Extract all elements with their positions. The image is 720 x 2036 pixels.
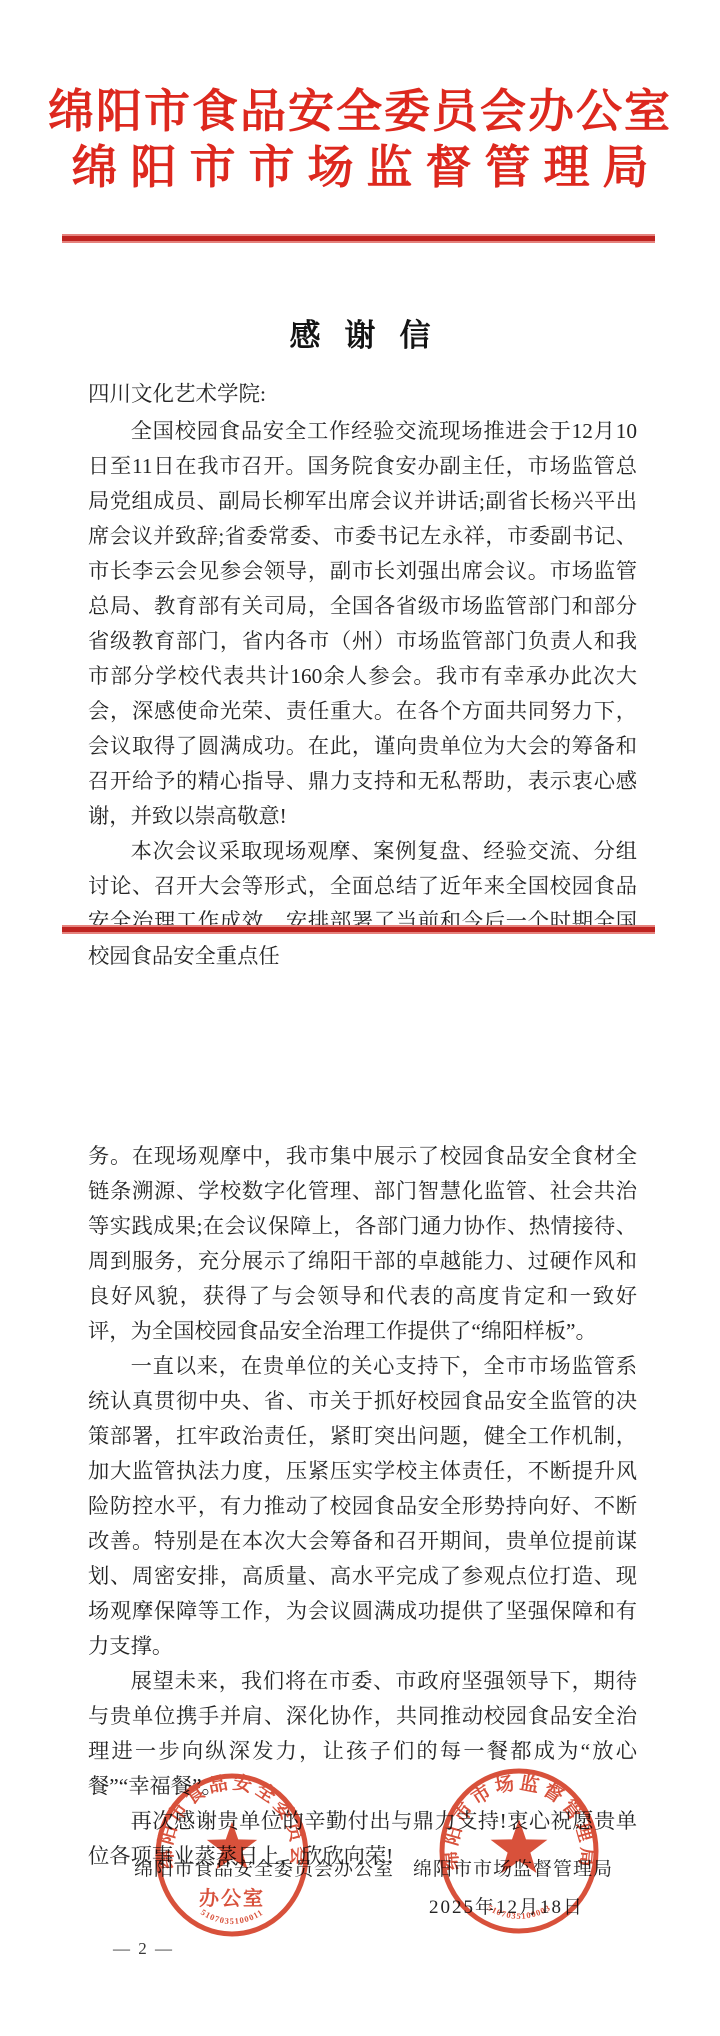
- page-number: — 2 —: [113, 1939, 174, 1959]
- seal-bottom-text: 办公室: [199, 1886, 265, 1910]
- official-seal-market-regulation-bureau: 绵阳市市场监督管理局 5107035100003: [433, 1765, 605, 1937]
- salutation: 四川文化艺术学院:: [88, 377, 266, 408]
- letterhead: 绵阳市食品安全委员会办公室 绵阳市市场监督管理局: [0, 84, 720, 196]
- paragraph: 本次会议采取现场观摩、案例复盘、经验交流、分组讨论、召开大会等形式，全面总结了近…: [88, 834, 637, 974]
- document-page: 绵阳市食品安全委员会办公室 绵阳市市场监督管理局 感谢信 四川文化艺术学院: 全…: [0, 0, 720, 2036]
- seal-star-icon: [207, 1821, 257, 1869]
- paragraph: 务。在现场观摩中，我市集中展示了校园食品安全食材全链条溯源、学校数字化管理、部门…: [88, 1139, 637, 1349]
- letterhead-rule: [62, 234, 655, 243]
- body-page-1: 全国校园食品安全工作经验交流现场推进会于12月10日至11日在我市召开。国务院食…: [88, 414, 637, 974]
- paragraph: 一直以来，在贵单位的关心支持下，全市市场监管系统认真贯彻中央、省、市关于抓好校园…: [88, 1349, 637, 1664]
- letterhead-line-2: 绵阳市市场监督管理局: [0, 140, 720, 196]
- body-page-2: 务。在现场观摩中，我市集中展示了校园食品安全食材全链条溯源、学校数字化管理、部门…: [88, 1139, 637, 1874]
- seal-star-icon: [491, 1819, 548, 1873]
- letterhead-line-1: 绵阳市食品安全委员会办公室: [0, 84, 720, 140]
- svg-text:5107035100003: 5107035100003: [486, 1902, 553, 1921]
- paragraph: 全国校园食品安全工作经验交流现场推进会于12月10日至11日在我市召开。国务院食…: [88, 414, 637, 834]
- official-seal-food-safety-office: 绵阳市食品安全委员会 办公室 5107035100011: [150, 1770, 314, 1940]
- seal-serial-number: 5107035100003: [486, 1902, 553, 1921]
- page-break-rule: [62, 925, 655, 934]
- document-title: 感谢信: [0, 310, 720, 355]
